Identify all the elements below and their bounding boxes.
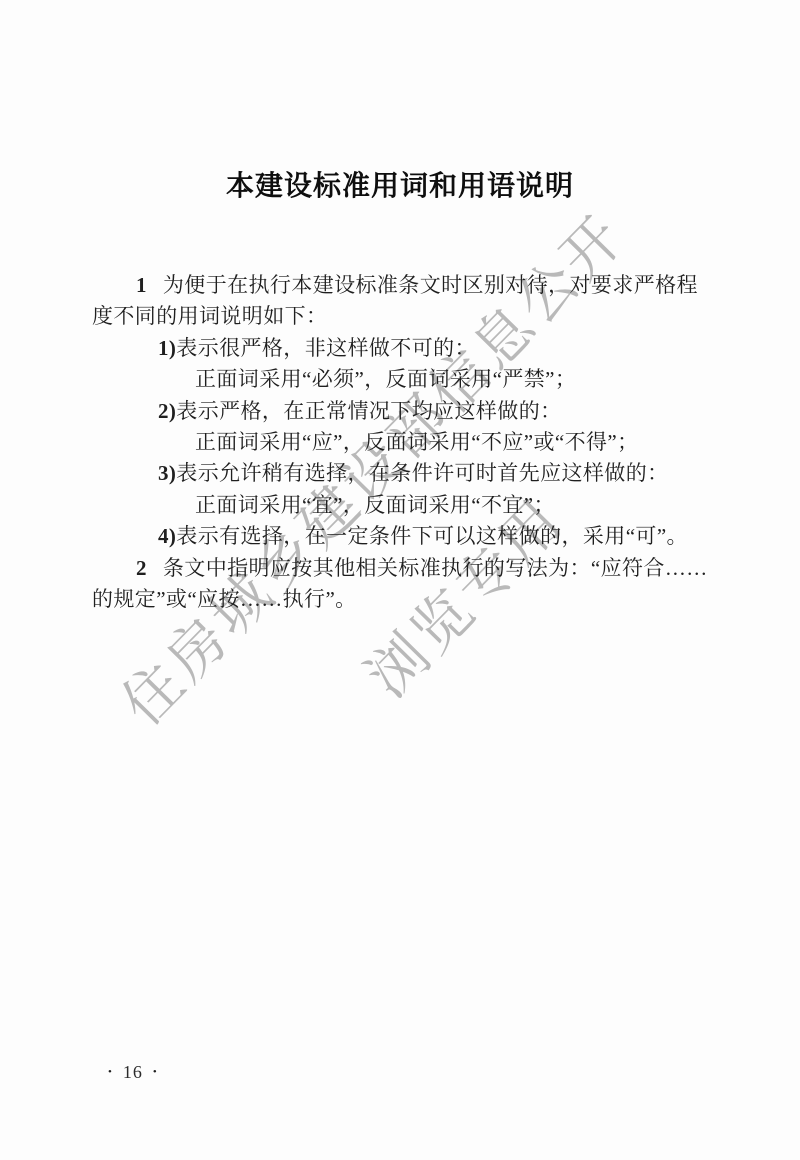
paragraph-number: 2 (136, 556, 147, 580)
page-number: • 16 • (108, 1062, 158, 1083)
text-line: 1)表示很严格，非这样做不可的： (92, 333, 712, 364)
text-line: 2)表示严格，在正常情况下均应这样做的： (92, 396, 712, 427)
paragraph-number: 1 (136, 273, 147, 297)
text-run: 正面词采用“宜”，反面词采用“不宜”； (195, 493, 555, 517)
item-number: 4) (158, 524, 176, 548)
text-line: 3)表示允许稍有选择，在条件许可时首先应这样做的： (92, 458, 712, 489)
text-run: 表示很严格，非这样做不可的： (176, 336, 476, 360)
text-line: 4)表示有选择，在一定条件下可以这样做的，采用“可”。 (92, 521, 712, 552)
body-text: 1为便于在执行本建设标准条文时区别对待，对要求严格程 度不同的用词说明如下： 1… (92, 270, 712, 615)
item-number: 3) (158, 461, 176, 485)
text-run: 正面词采用“应”，反面词采用“不应”或“不得”； (195, 430, 639, 454)
folio-dot-left: • (108, 1067, 113, 1078)
text-run: 条文中指明应按其他相关标准执行的写法为：“应符合…… (163, 556, 708, 580)
text-line: 正面词采用“宜”，反面词采用“不宜”； (92, 490, 712, 521)
text-run: 度不同的用词说明如下： (92, 304, 327, 328)
text-line: 度不同的用词说明如下： (92, 301, 712, 332)
text-run: 表示严格，在正常情况下均应这样做的： (176, 399, 561, 423)
document-page: 住房城乡建设部信息公开 浏览专用 本建设标准用词和用语说明 1为便于在执行本建设… (0, 0, 800, 1160)
page-title: 本建设标准用词和用语说明 (0, 164, 800, 204)
text-run: 表示允许稍有选择，在条件许可时首先应这样做的： (176, 461, 668, 485)
text-run: 的规定”或“应按……执行”。 (92, 587, 357, 611)
text-line: 正面词采用“必须”，反面词采用“严禁”； (92, 364, 712, 395)
folio-number: 16 (123, 1062, 143, 1083)
text-run: 为便于在执行本建设标准条文时区别对待，对要求严格程 (163, 273, 698, 297)
item-number: 1) (158, 336, 176, 360)
text-line: 正面词采用“应”，反面词采用“不应”或“不得”； (92, 427, 712, 458)
folio-dot-right: • (153, 1067, 158, 1078)
item-number: 2) (158, 399, 176, 423)
text-line: 的规定”或“应按……执行”。 (92, 584, 712, 615)
text-line: 2条文中指明应按其他相关标准执行的写法为：“应符合…… (92, 553, 712, 584)
text-run: 正面词采用“必须”，反面词采用“严禁”； (195, 367, 576, 391)
text-run: 表示有选择，在一定条件下可以这样做的，采用“可”。 (176, 524, 688, 548)
text-line: 1为便于在执行本建设标准条文时区别对待，对要求严格程 (92, 270, 712, 301)
